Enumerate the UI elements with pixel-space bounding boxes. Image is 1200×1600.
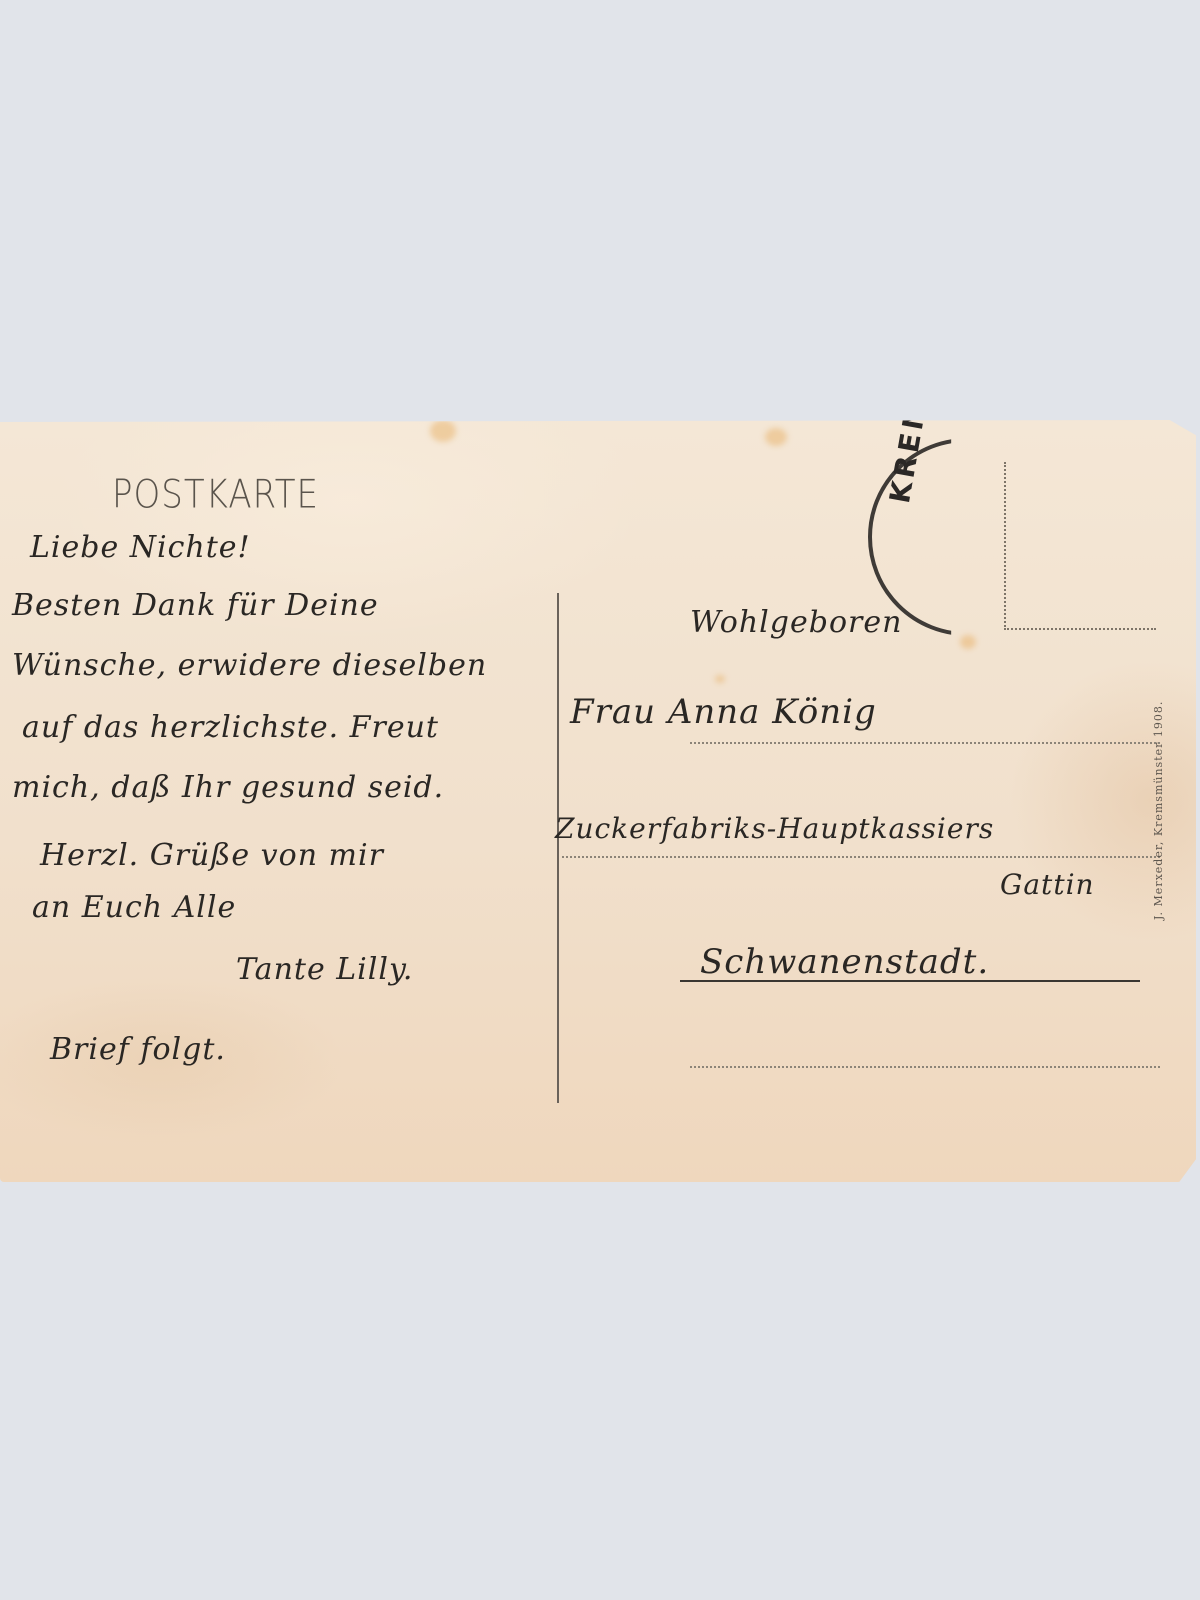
address-city: Schwanenstadt.	[700, 942, 989, 982]
postscript: Brief folgt.	[50, 1032, 226, 1067]
publisher-imprint: J. Merxeder, Kremsmünster 1908.	[1152, 701, 1165, 920]
message-line: auf das herzlichste. Freut	[22, 710, 439, 745]
message-line: mich, daß Ihr gesund seid.	[12, 770, 444, 805]
foxing-stain	[960, 635, 976, 649]
address-dotted-line	[690, 1066, 1160, 1068]
address-line-3: Gattin	[1000, 868, 1095, 901]
address-salutation: Wohlgeboren	[690, 605, 902, 640]
message-line: an Euch Alle	[32, 890, 236, 925]
postcard-back: POSTKARTE Liebe Nichte! Besten Dank für …	[0, 420, 1196, 1182]
city-underline	[680, 980, 1140, 982]
foxing-stain	[765, 428, 787, 446]
message-line: Besten Dank für Deine	[12, 588, 379, 623]
address-line-2: Zuckerfabriks-Hauptkassiers	[555, 812, 994, 845]
address-dotted-line	[690, 742, 1160, 744]
foxing-stain	[430, 420, 456, 442]
signature: Tante Lilly.	[236, 952, 413, 987]
center-divider	[557, 593, 559, 1103]
address-dotted-line	[562, 856, 1160, 858]
foxing-stain	[715, 675, 725, 683]
address-name: Frau Anna König	[570, 692, 877, 732]
stamp-box	[1004, 462, 1156, 630]
message-line: Wünsche, erwidere dieselben	[12, 648, 487, 683]
message-line: Herzl. Grüße von mir	[40, 838, 384, 873]
message-line: Liebe Nichte!	[30, 530, 251, 565]
postkarte-heading: POSTKARTE	[112, 472, 319, 518]
